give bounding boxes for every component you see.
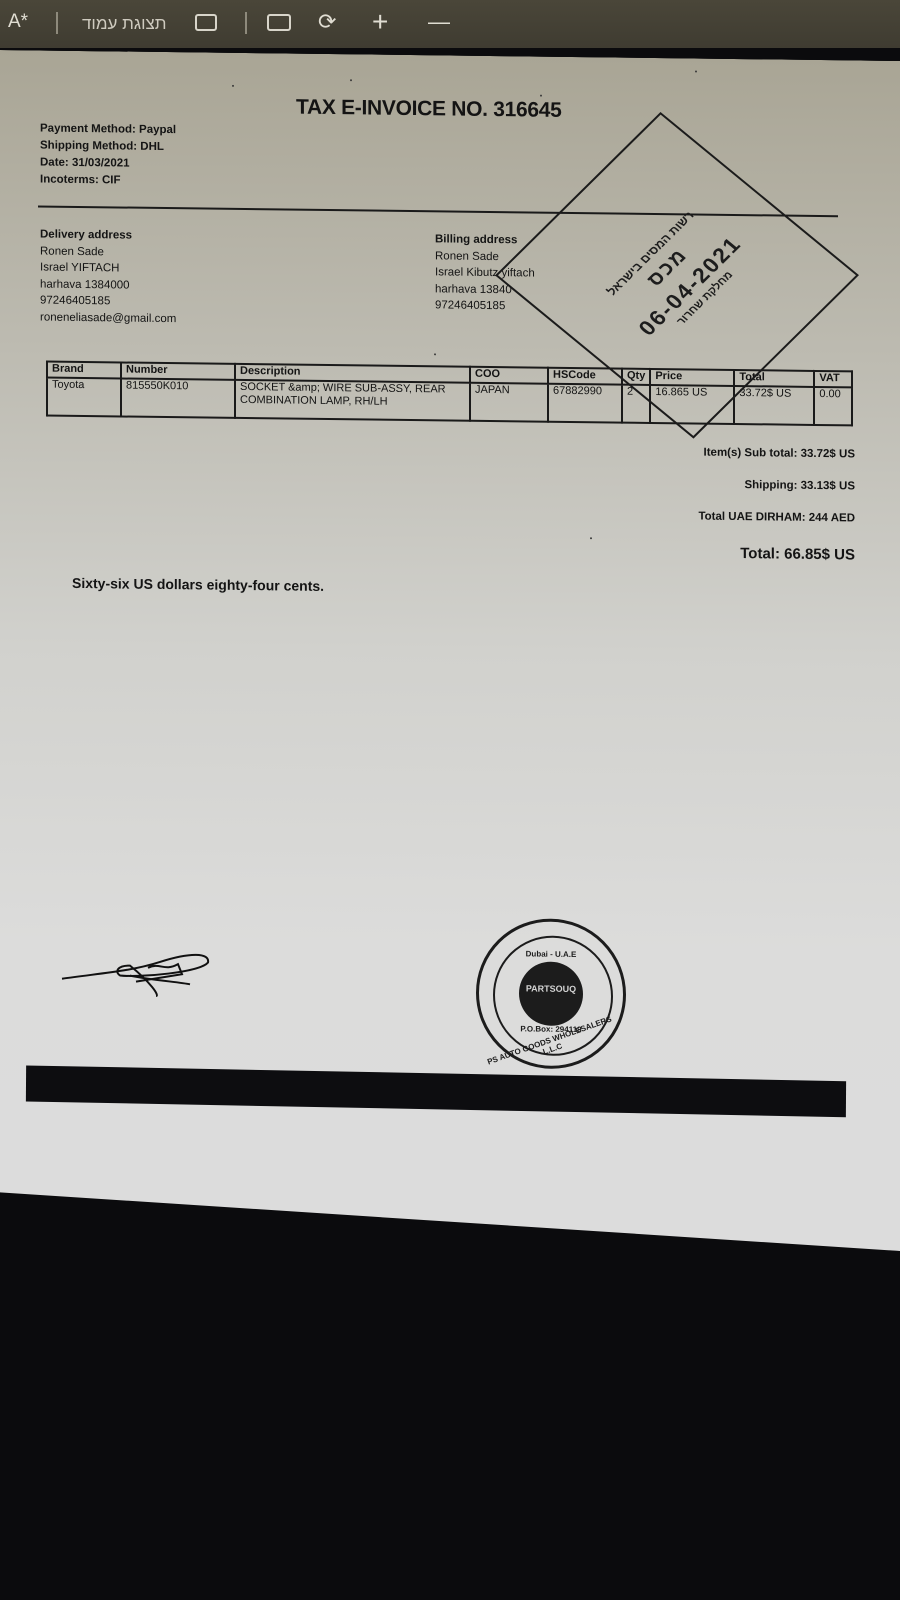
speck bbox=[590, 537, 592, 539]
address-line: 97246405185 bbox=[40, 292, 176, 310]
read-aloud-icon[interactable]: A* bbox=[8, 8, 28, 36]
company-seal: Dubai - U.A.E PARTSOUQ P.O.Box: 294119 P… bbox=[476, 918, 626, 1070]
address-email: roneneliasade@gmail.com bbox=[40, 309, 176, 327]
page-view-button[interactable]: תצוגת עמוד bbox=[82, 14, 167, 34]
speck bbox=[350, 79, 352, 81]
speck bbox=[695, 70, 697, 72]
toolbar-divider bbox=[245, 12, 247, 34]
shipping-method: Shipping Method: DHL bbox=[40, 137, 176, 156]
address-line: 97246405185 bbox=[435, 297, 535, 315]
invoice-title: TAX E-INVOICE NO. 316645 bbox=[296, 96, 562, 123]
invoice-meta: Payment Method: Paypal Shipping Method: … bbox=[40, 120, 176, 190]
cell-coo: JAPAN bbox=[470, 383, 548, 422]
cell-number: 815550K010 bbox=[121, 378, 235, 417]
zoom-in-button[interactable]: + bbox=[372, 8, 388, 36]
invoice-document: TAX E-INVOICE NO. 316645 Payment Method:… bbox=[0, 50, 900, 1251]
redaction-bar bbox=[26, 1065, 846, 1117]
address-line: Ronen Sade bbox=[40, 243, 176, 261]
col-vat: VAT bbox=[814, 371, 852, 387]
address-line: Israel YIFTACH bbox=[40, 259, 176, 277]
incoterms: Incoterms: CIF bbox=[40, 171, 176, 190]
cell-vat: 0.00 bbox=[814, 387, 852, 425]
signature bbox=[60, 931, 220, 1003]
grand-total: Total: 66.85$ US bbox=[740, 545, 855, 563]
invoice-date: Date: 31/03/2021 bbox=[40, 154, 176, 173]
fit-width-icon[interactable] bbox=[267, 14, 291, 31]
zoom-out-button[interactable]: — bbox=[428, 8, 450, 36]
col-number: Number bbox=[121, 362, 235, 379]
billing-heading: Billing address bbox=[435, 231, 535, 249]
speck bbox=[434, 353, 436, 355]
delivery-address: Delivery address Ronen Sade Israel YIFTA… bbox=[40, 226, 176, 327]
seal-brand: PARTSOUQ bbox=[479, 983, 623, 995]
cell-description: SOCKET &amp; WIRE SUB-ASSY, REAR COMBINA… bbox=[235, 380, 470, 421]
col-coo: COO bbox=[470, 367, 548, 384]
aed-total: Total UAE DIRHAM: 244 AED bbox=[698, 511, 855, 525]
cell-brand: Toyota bbox=[47, 378, 121, 417]
rotate-icon[interactable]: ⟳ bbox=[318, 8, 336, 36]
toolbar-divider bbox=[56, 12, 58, 34]
document-page: TAX E-INVOICE NO. 316645 Payment Method:… bbox=[0, 50, 900, 1251]
address-line: harhava 1384000 bbox=[40, 276, 176, 294]
subtotal: Item(s) Sub total: 33.72$ US bbox=[704, 447, 855, 461]
seal-city: Dubai - U.A.E bbox=[479, 949, 623, 960]
page-icon[interactable] bbox=[195, 14, 217, 31]
col-brand: Brand bbox=[47, 362, 121, 379]
cell-total: 33.72$ US bbox=[734, 386, 814, 425]
amount-in-words: Sixty-six US dollars eighty-four cents. bbox=[72, 575, 324, 594]
viewer-toolbar: A* תצוגת עמוד ⟳ + — bbox=[0, 0, 900, 48]
speck bbox=[232, 85, 234, 87]
speck bbox=[540, 95, 542, 97]
shipping-total: Shipping: 33.13$ US bbox=[744, 479, 855, 492]
payment-method: Payment Method: Paypal bbox=[40, 120, 176, 139]
delivery-heading: Delivery address bbox=[40, 226, 176, 244]
cell-hscode: 67882990 bbox=[548, 384, 622, 423]
